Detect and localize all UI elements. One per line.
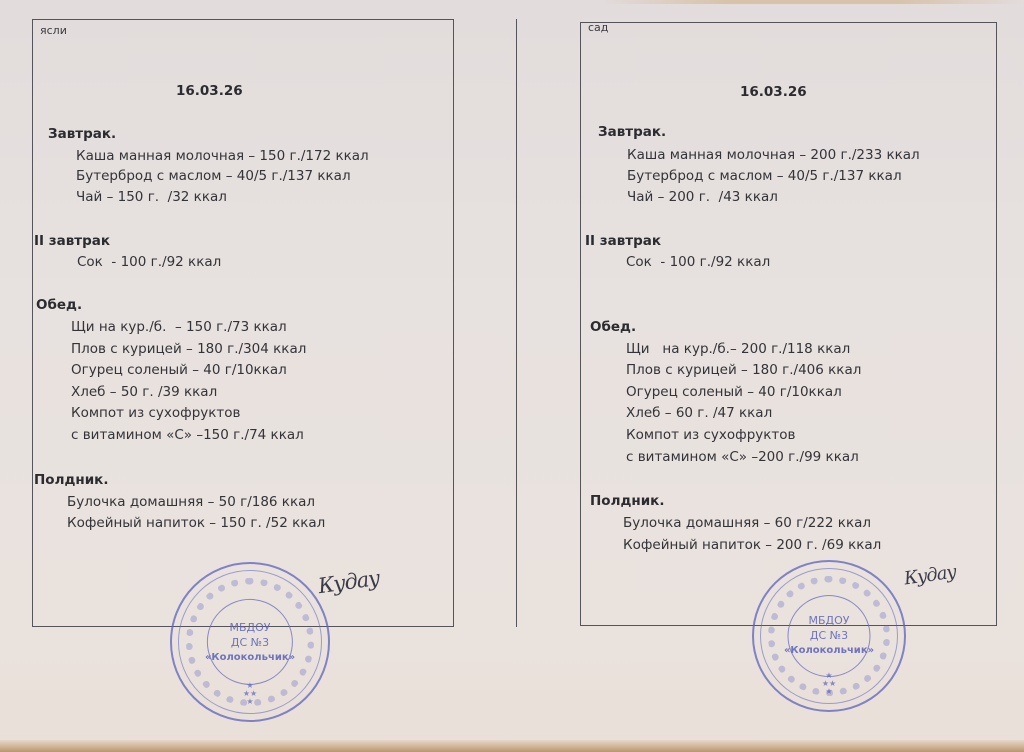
stamp-center: МБДОУ ДС №3 «Колокольчик»: [788, 595, 871, 677]
meal-title-second-breakfast: II завтрак: [34, 233, 110, 249]
meal-title-breakfast: Завтрак.: [48, 126, 116, 142]
meal-title-afternoon-snack: Полдник.: [590, 493, 664, 509]
menu-date: 16.03.26: [740, 84, 807, 100]
stamp-line: МБДОУ: [809, 614, 850, 629]
menu-item: Каша манная молочная – 150 г./172 ккал: [76, 148, 369, 164]
menu-item: Щи на кур./б.– 200 г./118 ккал: [626, 341, 850, 357]
group-label: ясли: [40, 24, 67, 37]
menu-item: Хлеб – 50 г. /39 ккал: [71, 384, 217, 400]
stamp-line: «Колокольчик»: [784, 644, 874, 659]
meal-title-afternoon-snack: Полдник.: [34, 472, 108, 488]
menu-item: Хлеб – 60 г. /47 ккал: [626, 405, 772, 421]
meal-title-second-breakfast: II завтрак: [585, 233, 661, 249]
meal-title-lunch: Обед.: [36, 297, 82, 313]
paper-top-shadow: [600, 0, 1024, 4]
menu-item: с витамином «С» –150 г./74 ккал: [71, 427, 304, 443]
menu-item: Бутерброд с маслом – 40/5 г./137 ккал: [76, 168, 351, 184]
menu-item: Кофейный напиток – 200 г. /69 ккал: [623, 537, 881, 553]
menu-item: Плов с курицей – 180 г./406 ккал: [626, 362, 861, 378]
menu-item: Плов с курицей – 180 г./304 ккал: [71, 341, 306, 357]
stamp-line: «Колокольчик»: [205, 649, 295, 664]
menu-item: Бутерброд с маслом – 40/5 г./137 ккал: [627, 168, 902, 184]
group-label: сад: [588, 21, 608, 34]
stamp-center: МБДОУ ДС №3 «Колокольчик»: [207, 599, 293, 685]
menu-item: Компот из сухофруктов: [71, 405, 241, 421]
stamp-line: ДС №3: [231, 634, 269, 649]
stamp-stars-icon: ★★★★: [822, 672, 836, 696]
menu-date: 16.03.26: [176, 83, 243, 99]
official-stamp: МБДОУ ДС №3 «Колокольчик» ★★★★: [752, 560, 906, 712]
divider-line: [516, 19, 517, 627]
menu-item: Чай – 150 г. /32 ккал: [76, 189, 227, 205]
official-stamp: МБДОУ ДС №3 «Колокольчик» ★★★★: [170, 562, 330, 722]
menu-item: Чай – 200 г. /43 ккал: [627, 189, 778, 205]
stamp-line: ДС №3: [810, 629, 848, 644]
menu-panel-kindergarten: [580, 22, 997, 626]
paper-bottom-edge: [0, 740, 1024, 752]
menu-item: с витамином «С» –200 г./99 ккал: [626, 449, 859, 465]
menu-item: Сок - 100 г./92 ккал: [626, 254, 770, 270]
meal-title-breakfast: Завтрак.: [598, 124, 666, 140]
menu-item: Кофейный напиток – 150 г. /52 ккал: [67, 515, 325, 531]
menu-item: Огурец соленый – 40 г/10ккал: [626, 384, 842, 400]
meal-title-lunch: Обед.: [590, 319, 636, 335]
menu-item: Щи на кур./б. – 150 г./73 ккал: [71, 319, 287, 335]
menu-item: Компот из сухофруктов: [626, 427, 796, 443]
menu-item: Булочка домашняя – 60 г/222 ккал: [623, 515, 871, 531]
menu-item: Каша манная молочная – 200 г./233 ккал: [627, 147, 920, 163]
menu-item: Сок - 100 г./92 ккал: [77, 254, 221, 270]
menu-item: Булочка домашняя – 50 г/186 ккал: [67, 494, 315, 510]
stamp-line: МБДОУ: [229, 619, 270, 634]
stamp-stars-icon: ★★★★: [243, 682, 257, 706]
menu-item: Огурец соленый – 40 г/10ккал: [71, 362, 287, 378]
